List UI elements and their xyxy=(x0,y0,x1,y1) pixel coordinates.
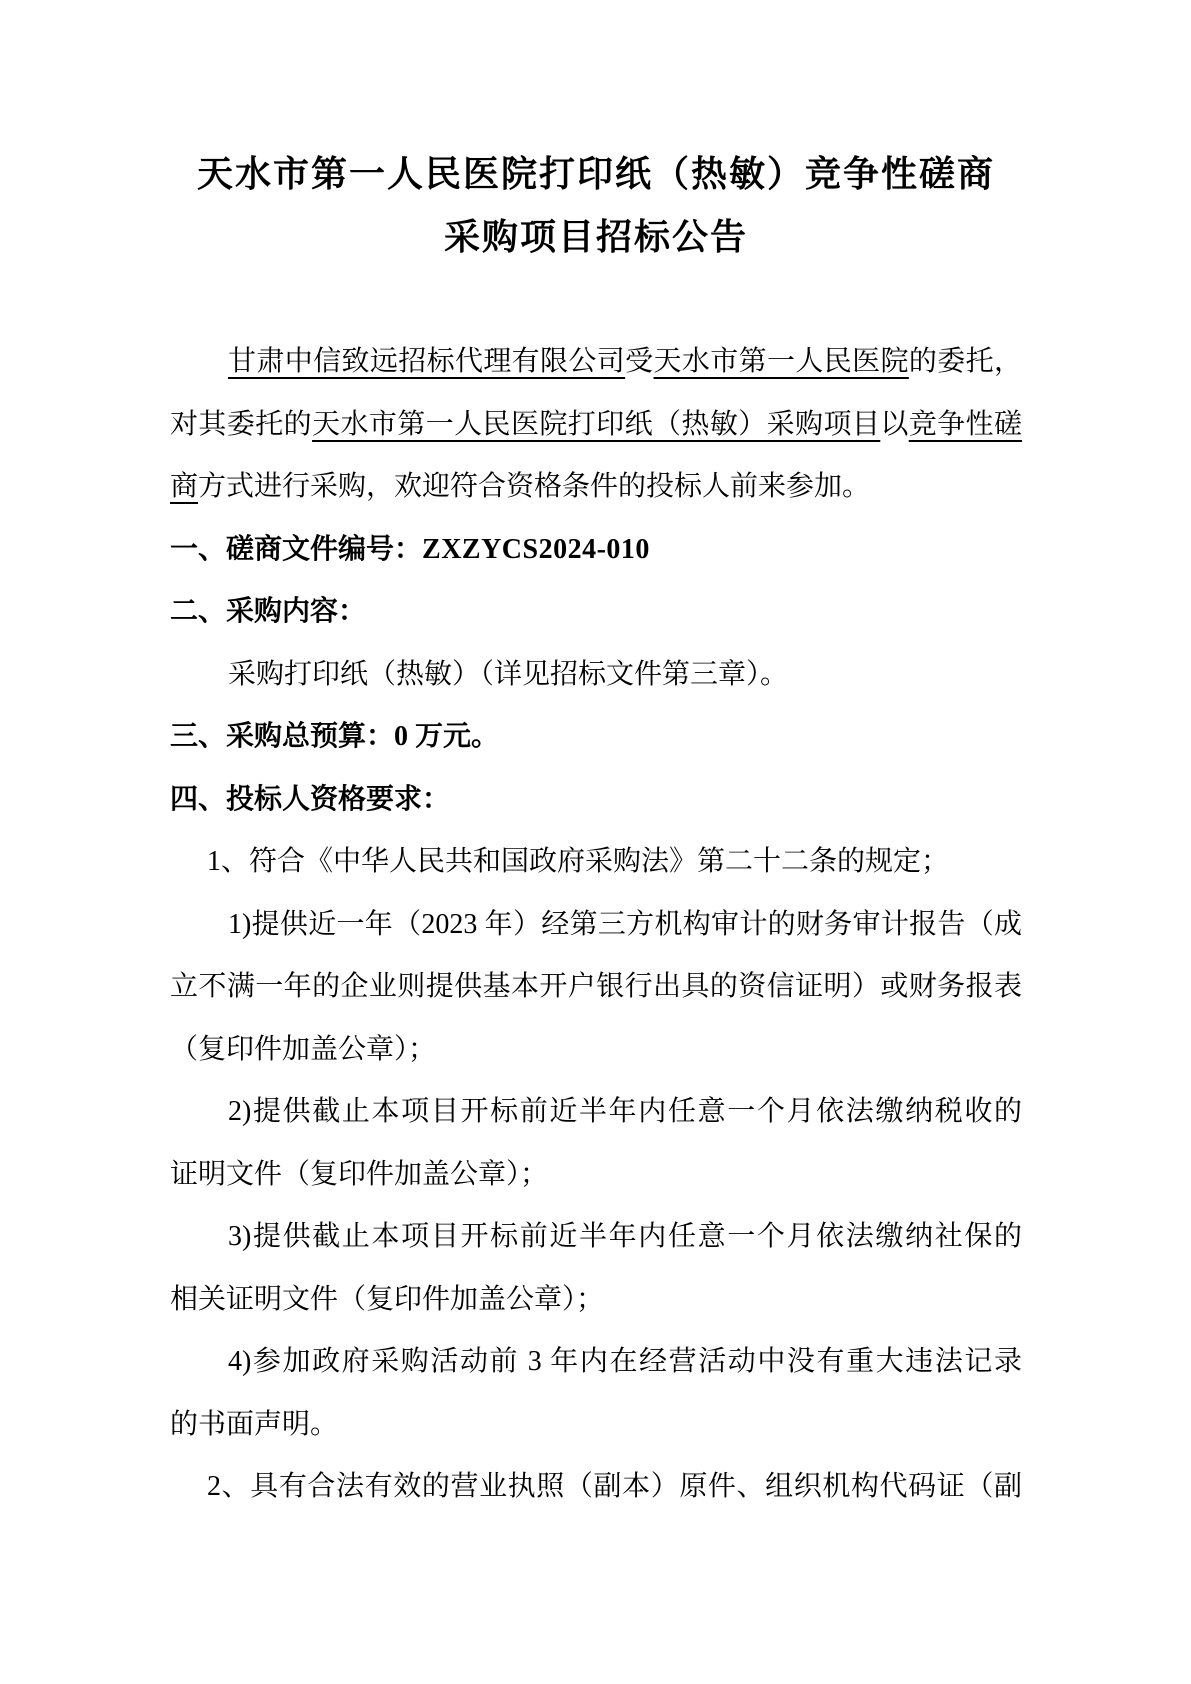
title-line-1: 天水市第一人民医院打印纸（热敏）竞争性磋商 xyxy=(170,143,1022,206)
procurement-method-cont: 商 xyxy=(170,471,198,502)
agency-name: 甘肃中信致远招标代理有限公司 xyxy=(228,346,625,377)
section-1-heading: 一、磋商文件编号：ZXZYCS2024-010 xyxy=(170,519,1022,582)
intro-text: 的委托， xyxy=(909,346,1022,377)
intro-text: 对其委托的 xyxy=(170,409,312,440)
requirement-sub2-line-2: 证明文件（复印件加盖公章）； xyxy=(170,1144,1022,1207)
requirement-item-1: 1、符合《中华人民共和国政府采购法》第二十二条的规定； xyxy=(170,831,1022,894)
section-1-label: 一、磋商文件编号： xyxy=(170,534,422,565)
requirement-sub2-line-1: 2)提供截止本项目开标前近半年内任意一个月依法缴纳税收的 xyxy=(170,1081,1022,1144)
section-2-body: 采购打印纸（热敏）（详见招标文件第三章）。 xyxy=(170,644,1022,707)
section-2-heading: 二、采购内容： xyxy=(170,581,1022,644)
document-title: 天水市第一人民医院打印纸（热敏）竞争性磋商 采购项目招标公告 xyxy=(170,143,1022,269)
intro-text: 受 xyxy=(625,346,653,377)
intro-line-2: 对其委托的天水市第一人民医院打印纸（热敏）采购项目以竞争性磋 xyxy=(170,394,1022,457)
requirement-sub1-line-3: （复印件加盖公章）； xyxy=(170,1019,1022,1082)
budget-value: 0 万元。 xyxy=(394,721,499,752)
document-number: ZXZYCS2024-010 xyxy=(422,534,650,565)
intro-text: 方式进行采购，欢迎符合资格条件的投标人前来参加。 xyxy=(198,471,870,502)
hospital-name: 天水市第一人民医院 xyxy=(654,346,909,377)
intro-line-1: 甘肃中信致远招标代理有限公司受天水市第一人民医院的委托， xyxy=(170,331,1022,394)
intro-text: 以 xyxy=(880,409,908,440)
procurement-method: 竞争性磋 xyxy=(909,409,1022,440)
document-page: 天水市第一人民医院打印纸（热敏）竞争性磋商 采购项目招标公告 甘肃中信致远招标代… xyxy=(0,0,1191,1684)
title-line-2: 采购项目招标公告 xyxy=(170,206,1022,269)
section-4-heading: 四、投标人资格要求： xyxy=(170,769,1022,832)
requirement-sub3-line-1: 3)提供截止本项目开标前近半年内任意一个月依法缴纳社保的 xyxy=(170,1206,1022,1269)
intro-line-3: 商方式进行采购，欢迎符合资格条件的投标人前来参加。 xyxy=(170,456,1022,519)
requirement-sub3-line-2: 相关证明文件（复印件加盖公章）； xyxy=(170,1269,1022,1332)
requirement-sub4-line-2: 的书面声明。 xyxy=(170,1394,1022,1457)
project-name: 天水市第一人民医院打印纸（热敏）采购项目 xyxy=(312,409,880,440)
section-3-heading: 三、采购总预算：0 万元。 xyxy=(170,706,1022,769)
requirement-sub4-line-1: 4)参加政府采购活动前 3 年内在经营活动中没有重大违法记录 xyxy=(170,1331,1022,1394)
requirement-sub1-line-2: 立不满一年的企业则提供基本开户银行出具的资信证明）或财务报表 xyxy=(170,956,1022,1019)
requirement-item-2: 2、具有合法有效的营业执照（副本）原件、组织机构代码证（副 xyxy=(170,1456,1022,1519)
requirement-sub1-line-1: 1)提供近一年（2023 年）经第三方机构审计的财务审计报告（成 xyxy=(170,894,1022,957)
section-3-label: 三、采购总预算： xyxy=(170,721,394,752)
